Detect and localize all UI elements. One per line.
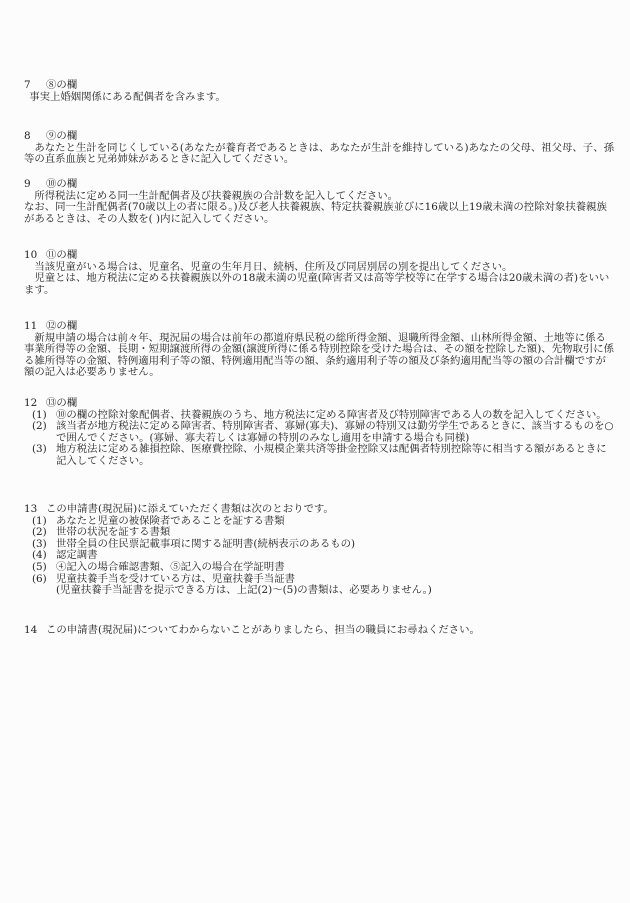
section-11: 11⑫の欄 新規申請の場合は前々年、現況届の場合は前年の都道府県民税の総所得金額… — [24, 321, 614, 379]
list-item: (2)該当者が地方税法に定める障害者、特別障害者、寡婦(寡夫)、寡婦の特別又は勤… — [24, 421, 614, 444]
section-13: 13この申請書(現況届)に添えていただく書類は次のとおりです。 (1)あなたと児… — [24, 504, 614, 597]
section-heading: 8⑨の欄 — [24, 131, 614, 143]
list-item: (3)地方税法に定める雑損控除、医療費控除、小規模企業共済等掛金控除又は配偶者特… — [24, 444, 614, 467]
section-body: あなたと生計を同じくしている(あなたが養育者であるときは、あなたが生計を維持して… — [24, 143, 614, 166]
section-10: 10⑪の欄 当該児童がいる場合は、児童名、児童の生年月日、続柄、住所及び同居別居… — [24, 250, 614, 296]
section-14: 14この申請書(現況届)についてわからないことがありましたら、担当の職員にお尋ね… — [24, 625, 614, 637]
section-8: 8⑨の欄 あなたと生計を同じくしている(あなたが養育者であるときは、あなたが生計… — [24, 131, 614, 166]
list-note: (児童扶養手当証書を提示できる方は、上記(2)～(5)の書類は、必要ありません。… — [24, 585, 614, 597]
list-item: (3)世帯全員の住民票記載事項に関する証明書(続柄表示のあるもの) — [24, 539, 614, 551]
section-heading: 11⑫の欄 — [24, 321, 614, 333]
section-heading: 14この申請書(現況届)についてわからないことがありましたら、担当の職員にお尋ね… — [24, 625, 614, 637]
section-12: 12⑬の欄 (1)⑩の欄の控除対象配偶者、扶養親族のうち、地方税法に定める障害者… — [24, 398, 614, 468]
section-body: 新規申請の場合は前々年、現況届の場合は前年の都道府県民税の総所得金額、退職所得金… — [24, 333, 614, 379]
section-9: 9⑩の欄 所得税法に定める同一生計配偶者及び扶養親族の合計数を記入してください。… — [24, 179, 614, 225]
section-body: 児童とは、地方税法に定める扶養親族以外の18歳未満の児童(障害者又は高等学校等に… — [24, 273, 614, 296]
section-body: なお、同一生計配偶者(70歳以上の者に限る。)及び老人扶養親族、特定扶養親族並び… — [24, 202, 614, 225]
section-heading: 12⑬の欄 — [24, 398, 614, 410]
section-body: 事実上婚姻関係にある配偶者を含みます。 — [24, 92, 614, 104]
list-item: (5)④記入の場合確認書類、⑤記入の場合在学証明書 — [24, 562, 614, 574]
section-heading: 10⑪の欄 — [24, 250, 614, 262]
section-heading: 7⑧の欄 — [24, 80, 614, 92]
section-7: 7⑧の欄 事実上婚姻関係にある配偶者を含みます。 — [24, 80, 614, 103]
section-heading: 9⑩の欄 — [24, 179, 614, 191]
section-heading: 13この申請書(現況届)に添えていただく書類は次のとおりです。 — [24, 504, 614, 516]
